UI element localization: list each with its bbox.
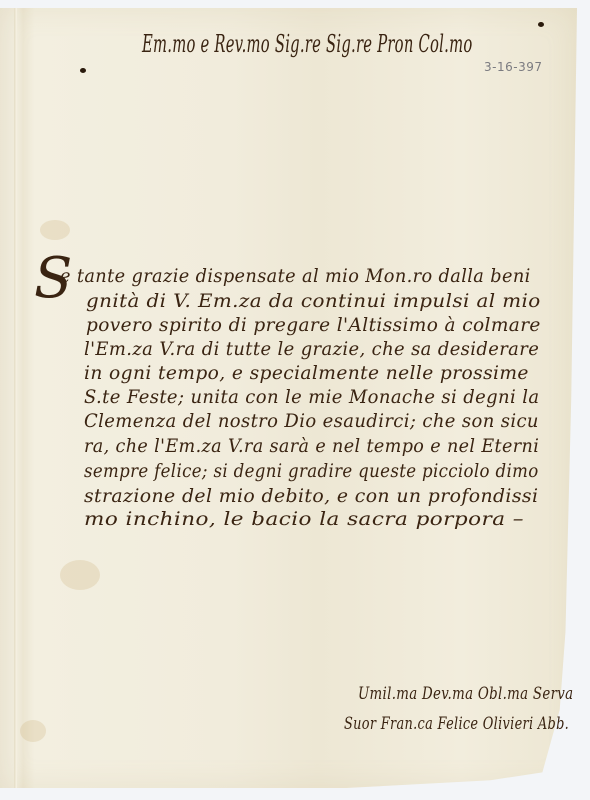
scanned-letter: 3-16-397 Em.mo e Rev.mo Sig.re Sig.re Pr… — [0, 0, 590, 800]
body-line-7: Clemenza del nostro Dio esaudirci; che s… — [84, 410, 539, 432]
signature-line-1: Umil.ma Dev.ma Obl.ma Serva — [358, 684, 573, 704]
body-line-5: in ogni tempo, e specialmente nelle pros… — [84, 362, 529, 384]
body-line-11: mo inchino, le bacio la sacra porpora – — [84, 508, 524, 530]
ink-spot — [80, 68, 86, 73]
body-line-10: strazione del mio debito, e con un profo… — [84, 485, 538, 507]
body-line-3: povero spirito di pregare l'Altissimo à … — [86, 314, 541, 336]
signature-line-2: Suor Fran.ca Felice Olivieri Abb. — [344, 714, 569, 734]
body-line-9: sempre felice; si degni gradire queste p… — [84, 460, 539, 482]
ink-spot — [538, 22, 544, 27]
body-line-8: ra, che l'Em.za V.ra sarà e nel tempo e … — [84, 435, 539, 457]
paper-stain — [60, 560, 100, 590]
body-line-4: l'Em.za V.ra di tutte le grazie, che sa … — [84, 338, 539, 360]
paper-fold-line — [14, 8, 17, 788]
body-line-2: gnità di V. Em.za da continui impulsi al… — [86, 290, 541, 312]
letter-salutation: Em.mo e Rev.mo Sig.re Sig.re Pron Col.mo — [142, 30, 472, 58]
archive-number: 3-16-397 — [484, 60, 542, 74]
body-line-6: S.te Feste; unita con le mie Monache si … — [84, 386, 539, 408]
paper-stain — [20, 720, 46, 742]
paper-stain — [40, 220, 70, 240]
body-line-1: e tante grazie dispensate al mio Mon.ro … — [60, 265, 531, 287]
